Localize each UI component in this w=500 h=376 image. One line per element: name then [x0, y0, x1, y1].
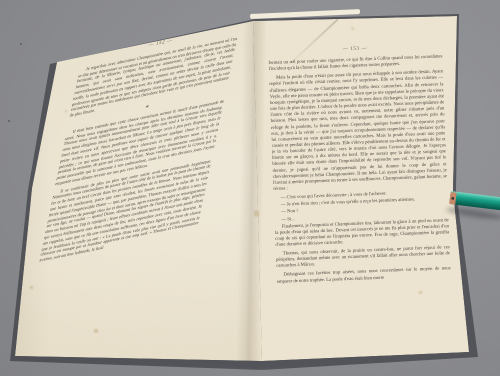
paragraph: Finalement, je l'emportai et Championniè…	[275, 218, 450, 249]
paragraph: Mais la poule d'eau n'était pas assez tô…	[269, 70, 447, 194]
photo-scene: — 152 — Je regardais avec admiration Cha…	[0, 0, 500, 376]
open-book: — 152 — Je regardais avec admiration Cha…	[0, 0, 500, 376]
dust-speck	[20, 43, 22, 45]
dust-speck	[8, 120, 10, 122]
foxing-spot	[419, 291, 422, 294]
foxing-spot	[94, 329, 98, 333]
foxing-spot	[30, 286, 33, 289]
foxing-spot	[65, 110, 67, 112]
right-page-text: — 153 — fermait un œil pour rouler une c…	[268, 43, 451, 288]
foxing-spot	[254, 210, 259, 217]
foxing-spot	[351, 27, 354, 30]
